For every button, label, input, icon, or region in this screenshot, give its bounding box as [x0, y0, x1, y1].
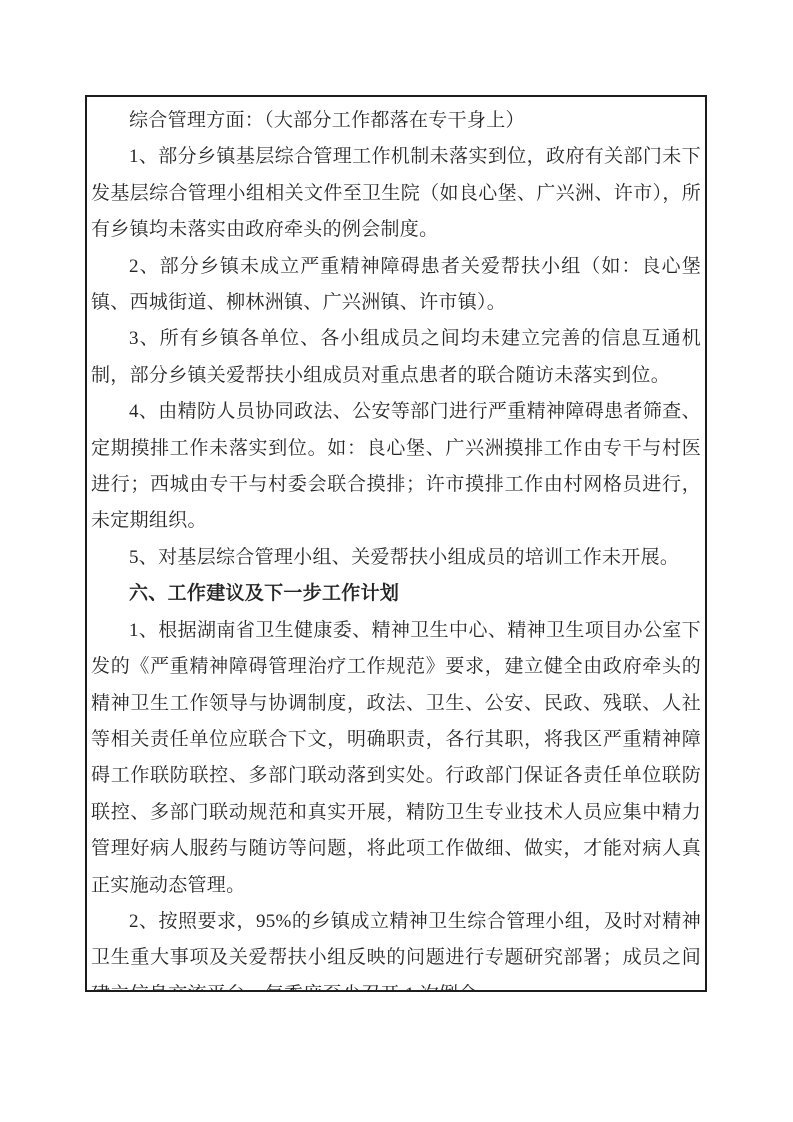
table-cell-border: 综合管理方面：（大部分工作都落在专干身上） 1、部分乡镇基层综合管理工作机制未落…: [85, 95, 707, 992]
document-page: 综合管理方面：（大部分工作都落在专干身上） 1、部分乡镇基层综合管理工作机制未落…: [0, 0, 793, 1122]
paragraph-issue-5: 5、对基层综合管理小组、关爱帮扶小组成员的培训工作未开展。: [91, 540, 701, 576]
section-heading-work-suggestions: 六、工作建议及下一步工作计划: [91, 576, 701, 612]
paragraph-comprehensive-management-intro: 综合管理方面：（大部分工作都落在专干身上）: [91, 103, 701, 139]
paragraph-plan-2: 2、按照要求，95%的乡镇成立精神卫生综合管理小组，及时对精神卫生重大事项及关爱…: [91, 904, 701, 992]
paragraph-issue-4: 4、由精防人员协同政法、公安等部门进行严重精神障碍患者筛查、定期摸排工作未落实到…: [91, 394, 701, 540]
paragraph-plan-1: 1、根据湖南省卫生健康委、精神卫生中心、精神卫生项目办公室下发的《严重精神障碍管…: [91, 613, 701, 904]
paragraph-issue-3: 3、所有乡镇各单位、各小组成员之间均未建立完善的信息互通机制，部分乡镇关爱帮扶小…: [91, 321, 701, 394]
paragraph-issue-1: 1、部分乡镇基层综合管理工作机制未落实到位，政府有关部门未下发基层综合管理小组相…: [91, 139, 701, 248]
paragraph-issue-2: 2、部分乡镇未成立严重精神障碍患者关爱帮扶小组（如：良心堡镇、西城街道、柳林洲镇…: [91, 249, 701, 322]
